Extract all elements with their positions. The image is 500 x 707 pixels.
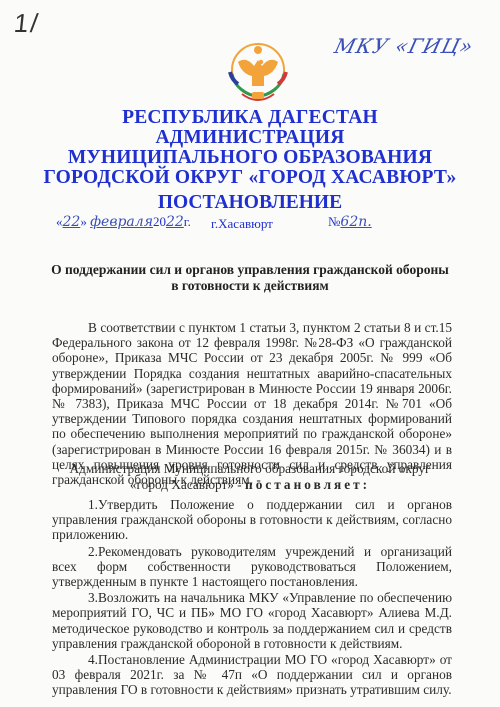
date-year: 22 <box>166 214 184 230</box>
decree-date: «22» февраля2022г. <box>56 214 191 230</box>
header-line-republic: РЕСПУБЛИКА ДАГЕСТАН <box>0 108 500 128</box>
header-line-municipality: МУНИЦИПАЛЬНОГО ОБРАЗОВАНИЯ <box>0 148 500 168</box>
header-line-city-district: ГОРОДСКОЙ ОКРУГ «ГОРОД ХАСАВЮРТ» <box>0 168 500 188</box>
header-line-administration: АДМИНИСТРАЦИЯ <box>0 128 500 148</box>
resolving-clause: Администрация Муниципального образования… <box>0 461 500 492</box>
decree-subject: О поддержании сил и органов управления г… <box>0 262 500 294</box>
document-page: 1/ МКУ «ГИЦ» РЕСПУБЛИКА ДАГЕСТАН АДМИНИС… <box>0 0 500 707</box>
decree-item: 1.Утвердить Положение о поддержании сил … <box>52 497 452 543</box>
decree-number: №62п. <box>328 214 372 230</box>
decree-item: 4.Постановление Администрации МО ГО «гор… <box>52 652 452 698</box>
decree-number-value: 62п. <box>340 214 371 230</box>
decree-items: 1.Утвердить Положение о поддержании сил … <box>52 497 452 699</box>
handwritten-stamp: МКУ «ГИЦ» <box>332 34 476 58</box>
document-type-title: ПОСТАНОВЛЕНИЕ <box>0 192 500 214</box>
issuing-authority-header: РЕСПУБЛИКА ДАГЕСТАН АДМИНИСТРАЦИЯ МУНИЦИ… <box>0 108 500 188</box>
decree-item: 3.Возложить на начальника МКУ «Управлени… <box>52 590 452 651</box>
date-day: 22 <box>63 214 81 230</box>
decrees-word: постановляет: <box>245 477 370 492</box>
date-month: февраля <box>90 214 153 230</box>
decree-city: г.Хасавюрт <box>211 216 273 232</box>
handwritten-page-mark: 1/ <box>12 8 41 39</box>
dagestan-coat-of-arms-icon <box>228 40 288 103</box>
date-number-line: «22» февраля2022г. г.Хасавюрт №62п. <box>56 212 460 236</box>
decree-item: 2.Рекомендовать руководителям учреждений… <box>52 544 452 590</box>
